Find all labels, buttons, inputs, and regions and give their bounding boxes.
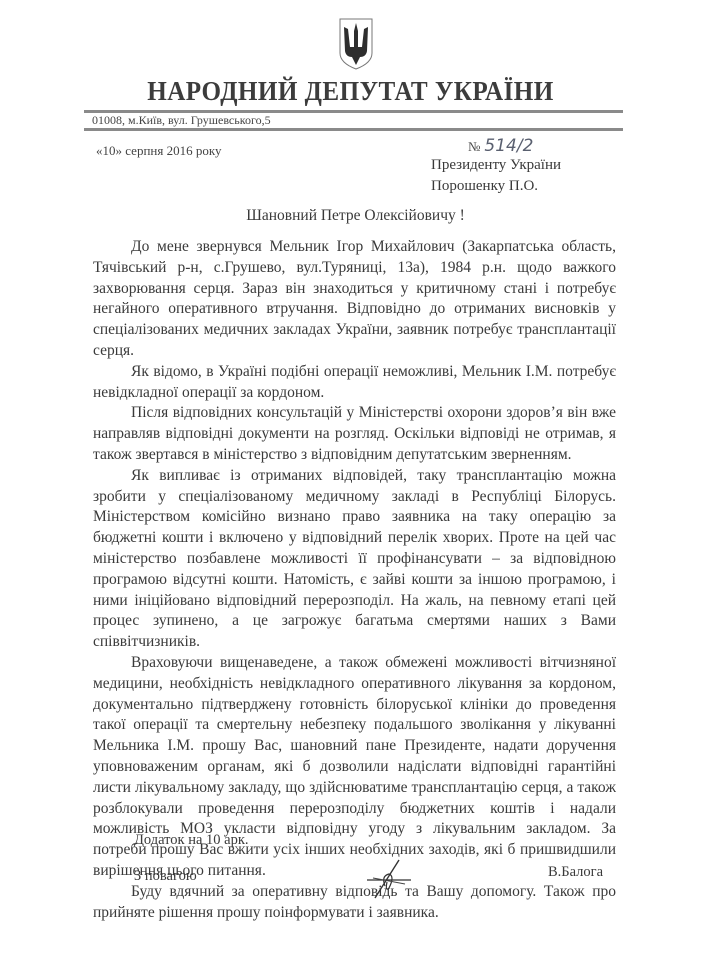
- paragraph: Як відомо, в Україні подібні операції не…: [93, 362, 616, 404]
- letter-body: До мене звернувся Мельник Ігор Михайлови…: [93, 237, 616, 923]
- closing-regards: З повагою: [134, 868, 197, 885]
- handwritten-signature-icon: [365, 858, 415, 900]
- addressee-title: Президенту України: [431, 155, 561, 176]
- signer-name: В.Балога: [548, 864, 603, 881]
- paragraph: Буду вдячний за оперативну відповідь та …: [93, 882, 616, 924]
- trident-coat-of-arms-icon: [338, 17, 374, 71]
- appendix-note: Додаток на 10 арк.: [134, 832, 249, 849]
- header-divider-bottom: [84, 128, 623, 131]
- letterhead-address: 01008, м.Київ, вул. Грушевського,5: [92, 113, 271, 128]
- paragraph: Як випливає із отриманих відповідей, так…: [93, 466, 616, 653]
- addressee-block: Президенту України Порошенку П.О.: [431, 155, 561, 197]
- salutation: Шановний Петре Олексійовичу !: [0, 207, 701, 225]
- addressee-name: Порошенку П.О.: [431, 176, 561, 197]
- reg-number-handwritten: 514/2: [484, 136, 533, 156]
- paragraph: Після відповідних консультацій у Міністе…: [93, 403, 616, 465]
- letterhead-title: НАРОДНИЙ ДЕПУТАТ УКРАЇНИ: [25, 76, 677, 107]
- reg-prefix: №: [468, 139, 480, 154]
- registration-number: №514/2: [468, 136, 533, 156]
- letter-date: «10» серпня 2016 року: [96, 143, 221, 159]
- paragraph: До мене звернувся Мельник Ігор Михайлови…: [93, 237, 616, 362]
